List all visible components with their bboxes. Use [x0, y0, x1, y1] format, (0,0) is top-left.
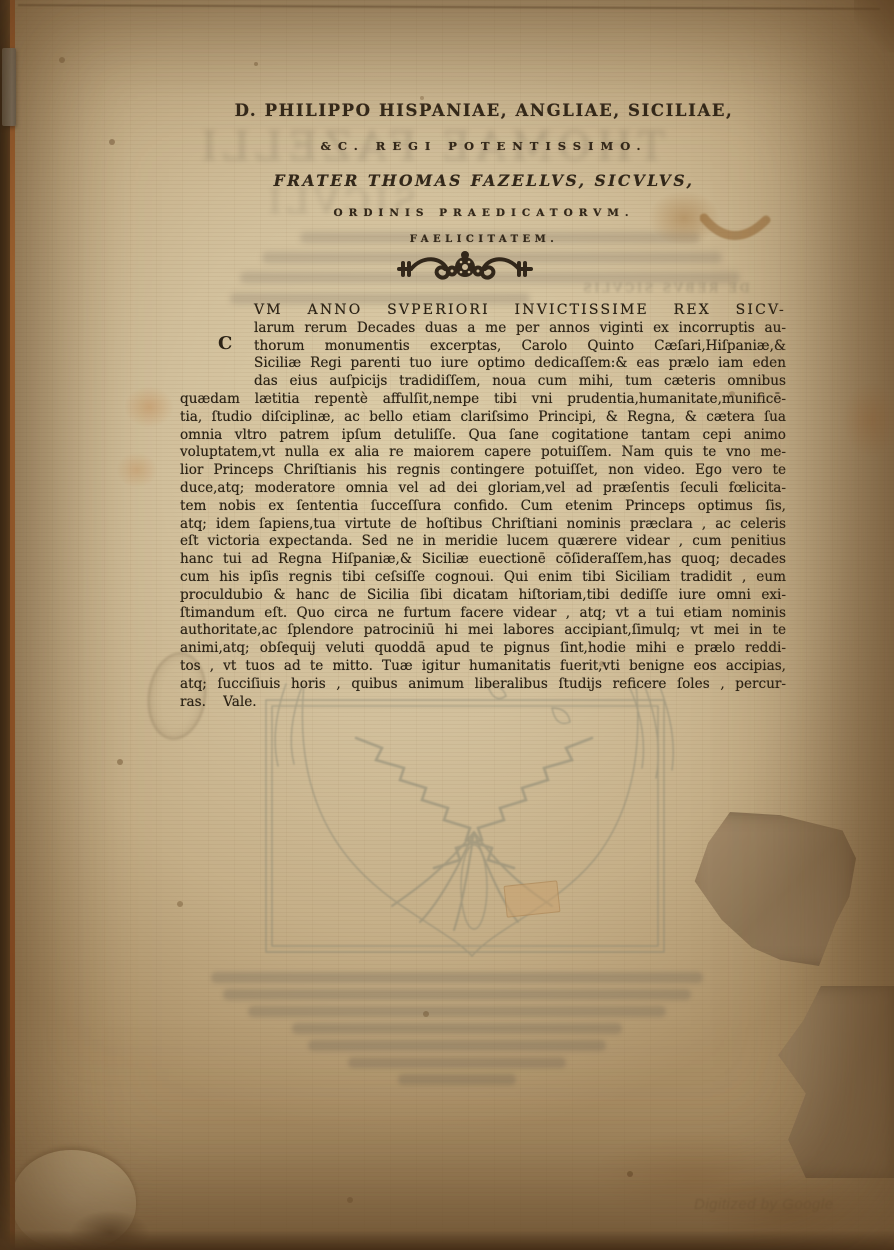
body-line: das eius auſpicijs tradidiſſem, noua cum…	[180, 373, 786, 391]
body-line: authoritate,ac ſplendore patrociniū hi m…	[180, 622, 786, 640]
body-line: quædam lætitia repentè affulſit,nempe ti…	[180, 391, 786, 409]
body-line: lior Princeps Chriſtianis his regnis con…	[180, 462, 786, 480]
body-line: omnia vltro patrem ipſum detuliſſe. Qua …	[180, 427, 786, 445]
showthrough-caption: DE REBVS SICVLIS	[545, 281, 785, 295]
body-line: animi,atq; obſequij veluti quoddā apud t…	[180, 640, 786, 658]
repair-sticker	[503, 880, 560, 917]
body-line: tia, ſtudio diſciplinæ, ac bello etiam c…	[180, 409, 786, 427]
book-binding-edge	[0, 0, 10, 1250]
dedication-header-line-1: D. PHILIPPO HISPANIAE, ANGLIAE, SICILIAE…	[180, 101, 788, 120]
dedication-body: VM ANNO SVPERIORI INVICTISSIME REX SICV-…	[180, 302, 786, 711]
body-line: duce,atq; moderatore omnia vel ad dei gl…	[180, 480, 786, 498]
body-line: cum his ipſis regnis tibi ceſsiſſe cogno…	[180, 569, 786, 587]
dedication-header-line-3: FRATER THOMAS FAZELLVS, SICVLVS,	[180, 171, 788, 190]
body-line: tem nobis ex ſententia ſucceſſura confid…	[180, 498, 786, 516]
body-line: voluptatem,vt nulla ex alia re maiorem c…	[180, 444, 786, 462]
body-line: tos , vt tuos ad te mitto. Tuæ igitur hu…	[180, 658, 786, 676]
dedication-header-line-2: &C. REGI POTENTISSIMO.	[180, 139, 788, 153]
bottom-shadow	[0, 1230, 894, 1250]
stain	[116, 452, 158, 488]
bookmark-tab	[2, 48, 16, 126]
repair-patch-right	[688, 812, 856, 966]
body-line: ſtimandum eſt. Quo circa ne furtum facer…	[180, 605, 786, 623]
body-line: larum rerum Decades duas a me per annos …	[180, 320, 786, 338]
body-line: proculdubio & hanc de Sicilia ſibi dicat…	[180, 587, 786, 605]
body-line: VM ANNO SVPERIORI INVICTISSIME REX SICV-	[180, 302, 786, 320]
body-line: ras. Vale.	[180, 694, 786, 712]
body-line: atq; idem ſapiens,tua virtute de hoſtibu…	[180, 516, 786, 534]
repair-patch-corner	[768, 986, 894, 1178]
stain	[842, 382, 894, 458]
corner-wedge	[854, 0, 894, 52]
body-line: atq; ſucciſiuis horis , quibus animum li…	[180, 676, 786, 694]
ornament-fleuron	[395, 249, 535, 289]
page-crease	[18, 4, 880, 10]
body-line: Siciliæ Regi parenti tuo iure optimo ded…	[180, 355, 786, 373]
body-line: thorum monumentis excerptas, Carolo Quin…	[180, 338, 786, 356]
binding-color-line	[10, 0, 15, 1250]
showthrough-coat-of-arms	[252, 682, 682, 982]
dedication-header-line-5: FAELICITATEM.	[180, 234, 788, 245]
book-page-scan: THOMAE FAZELLI SICVLI DE REBVS SICVLIS	[0, 0, 894, 1250]
body-line: hanc tui ad Regna Hiſpaniæ,& Siciliæ eue…	[180, 551, 786, 569]
body-line: eſt victoria expectanda. Sed ne in merid…	[180, 533, 786, 551]
showthrough-text-block	[207, 972, 707, 1091]
dedication-header-line-4: ORDINIS PRAEDICATORVM.	[180, 207, 788, 219]
digitization-watermark: Digitized by Google	[694, 1196, 834, 1213]
stain	[124, 386, 174, 428]
